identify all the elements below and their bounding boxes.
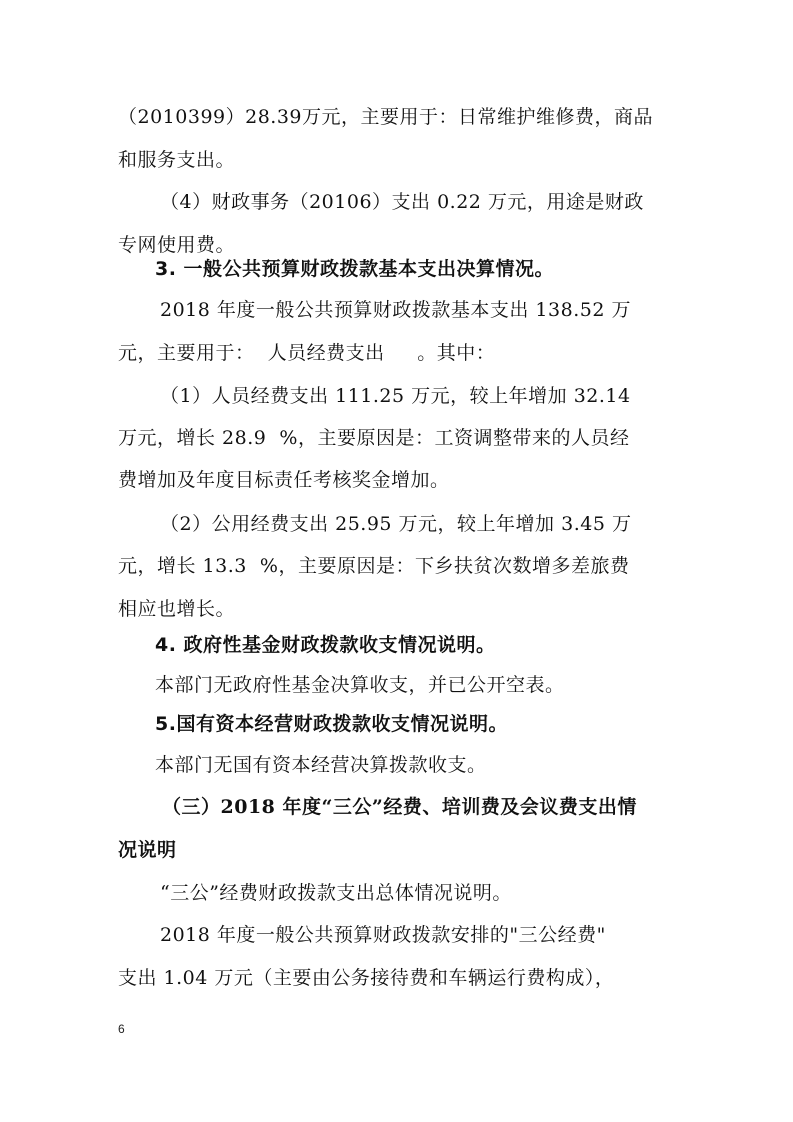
part-heading-3: （三）2018 年度“三公”经费、培训费及会议费支出情 xyxy=(162,794,637,820)
paragraph-line: （4）财政事务（20106）支出 0.22 万元，用途是财政 xyxy=(160,189,644,215)
paragraph-line: 支出 1.04 万元（主要由公务接待费和车辆运行费构成）， xyxy=(118,965,614,991)
page-number: 6 xyxy=(118,1022,125,1036)
paragraph-line: 本部门无国有资本经营决算拨款收支。 xyxy=(155,752,487,778)
paragraph-line: （2010399）28.39万元，主要用于：日常维护维修费，商品 xyxy=(118,104,653,130)
paragraph-line: 本部门无政府性基金决算收支，并已公开空表。 xyxy=(155,672,565,698)
section-heading-4: 4. 政府性基金财政拨款收支情况说明。 xyxy=(155,632,496,658)
paragraph-line: 2018 年度一般公共预算财政拨款基本支出 138.52 万 xyxy=(160,297,631,323)
paragraph-line: 元，主要用于： 人员经费支出 。其中： xyxy=(118,340,495,366)
paragraph-line: 费增加及年度目标责任考核奖金增加。 xyxy=(118,467,450,493)
paragraph-line: （2）公用经费支出 25.95 万元，较上年增加 3.45 万 xyxy=(160,511,631,537)
paragraph-line: 2018 年度一般公共预算财政拨款安排的"三公经费" xyxy=(160,922,606,948)
paragraph-line: 万元，增长 28.9 %，主要原因是：工资调整带来的人员经 xyxy=(118,425,629,451)
subtitle: “三公”经费财政拨款支出总体情况说明。 xyxy=(160,880,512,906)
section-heading-3: 3. 一般公共预算财政拨款基本支出决算情况。 xyxy=(155,256,554,282)
paragraph-line: 相应也增长。 xyxy=(118,596,235,622)
paragraph-line: 专网使用费。 xyxy=(118,232,235,258)
section-heading-5: 5.国有资本经营财政拨款收支情况说明。 xyxy=(155,711,508,737)
paragraph-line: 元，增长 13.3 %，主要原因是：下乡扶贫次数增多差旅费 xyxy=(118,553,629,579)
paragraph-line: （1）人员经费支出 111.25 万元，较上年增加 32.14 xyxy=(160,383,631,409)
paragraph-line: 和服务支出。 xyxy=(118,147,235,173)
part-heading-3-cont: 况说明 xyxy=(118,837,177,863)
